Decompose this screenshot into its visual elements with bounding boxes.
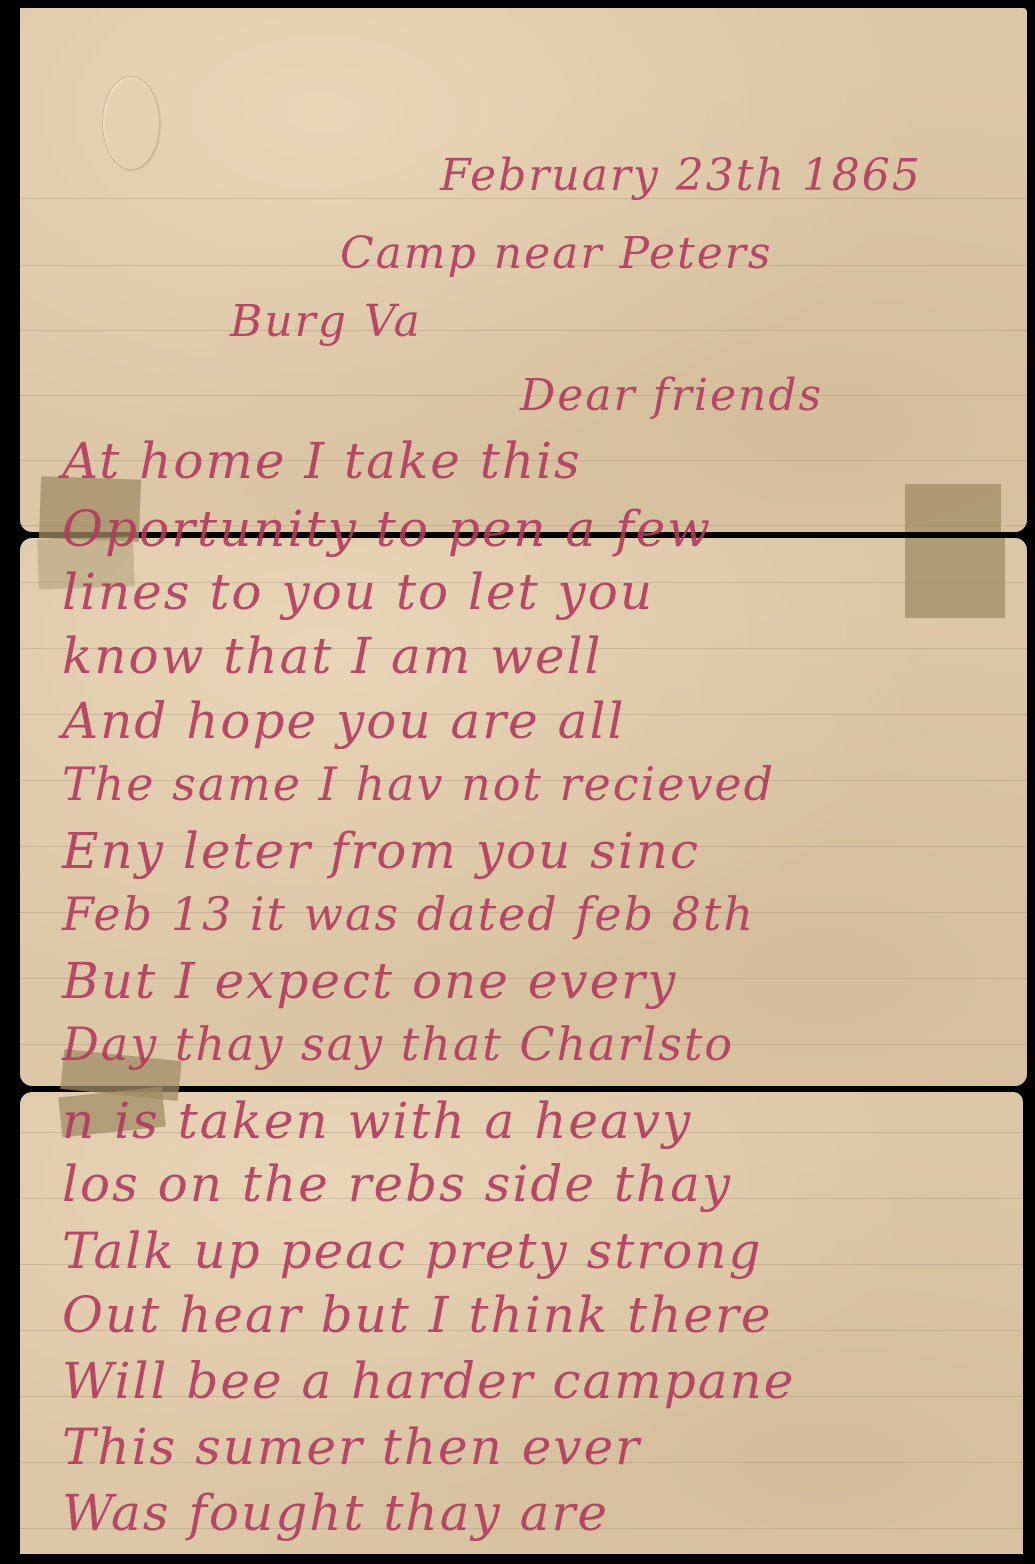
letter-line: And hope you are all bbox=[62, 692, 625, 750]
letter-line: Talk up peac prety strong bbox=[62, 1222, 763, 1280]
letter-line: At home I take this bbox=[62, 432, 582, 490]
letter-location: Camp near Peters bbox=[340, 228, 772, 279]
letter-line: Day thay say that Charlsto bbox=[62, 1017, 734, 1071]
letter-line: Eny leter from you sinc bbox=[62, 822, 700, 880]
letter-location-state: Burg Va bbox=[230, 296, 422, 347]
tape-patch bbox=[905, 538, 1005, 618]
letter-line: los on the rebs side thay bbox=[62, 1155, 732, 1213]
letter-line: Oportunity to pen a few bbox=[62, 500, 712, 558]
letter-line: Was fought thay are bbox=[62, 1484, 609, 1542]
letter-line: n is taken with a heavy bbox=[62, 1092, 692, 1150]
letter-line: Feb 13 it was dated feb 8th bbox=[62, 887, 755, 941]
letter-date: February 23th 1865 bbox=[440, 150, 922, 201]
letter-line: This sumer then ever bbox=[62, 1418, 641, 1476]
letter-line: Will bee a harder campane bbox=[62, 1352, 795, 1410]
letter-salutation: Dear friends bbox=[520, 370, 823, 421]
tape-patch bbox=[905, 484, 1001, 532]
letter-line: lines to you to let you bbox=[62, 563, 654, 621]
letter-line: know that I am well bbox=[62, 627, 603, 685]
letter-line: Out hear but I think there bbox=[62, 1286, 772, 1344]
embossed-stamp bbox=[102, 76, 160, 170]
ruled-line bbox=[20, 330, 1027, 331]
letter-line: The same I hav not recieved bbox=[62, 757, 775, 811]
letter-line: But I expect one every bbox=[62, 952, 677, 1010]
